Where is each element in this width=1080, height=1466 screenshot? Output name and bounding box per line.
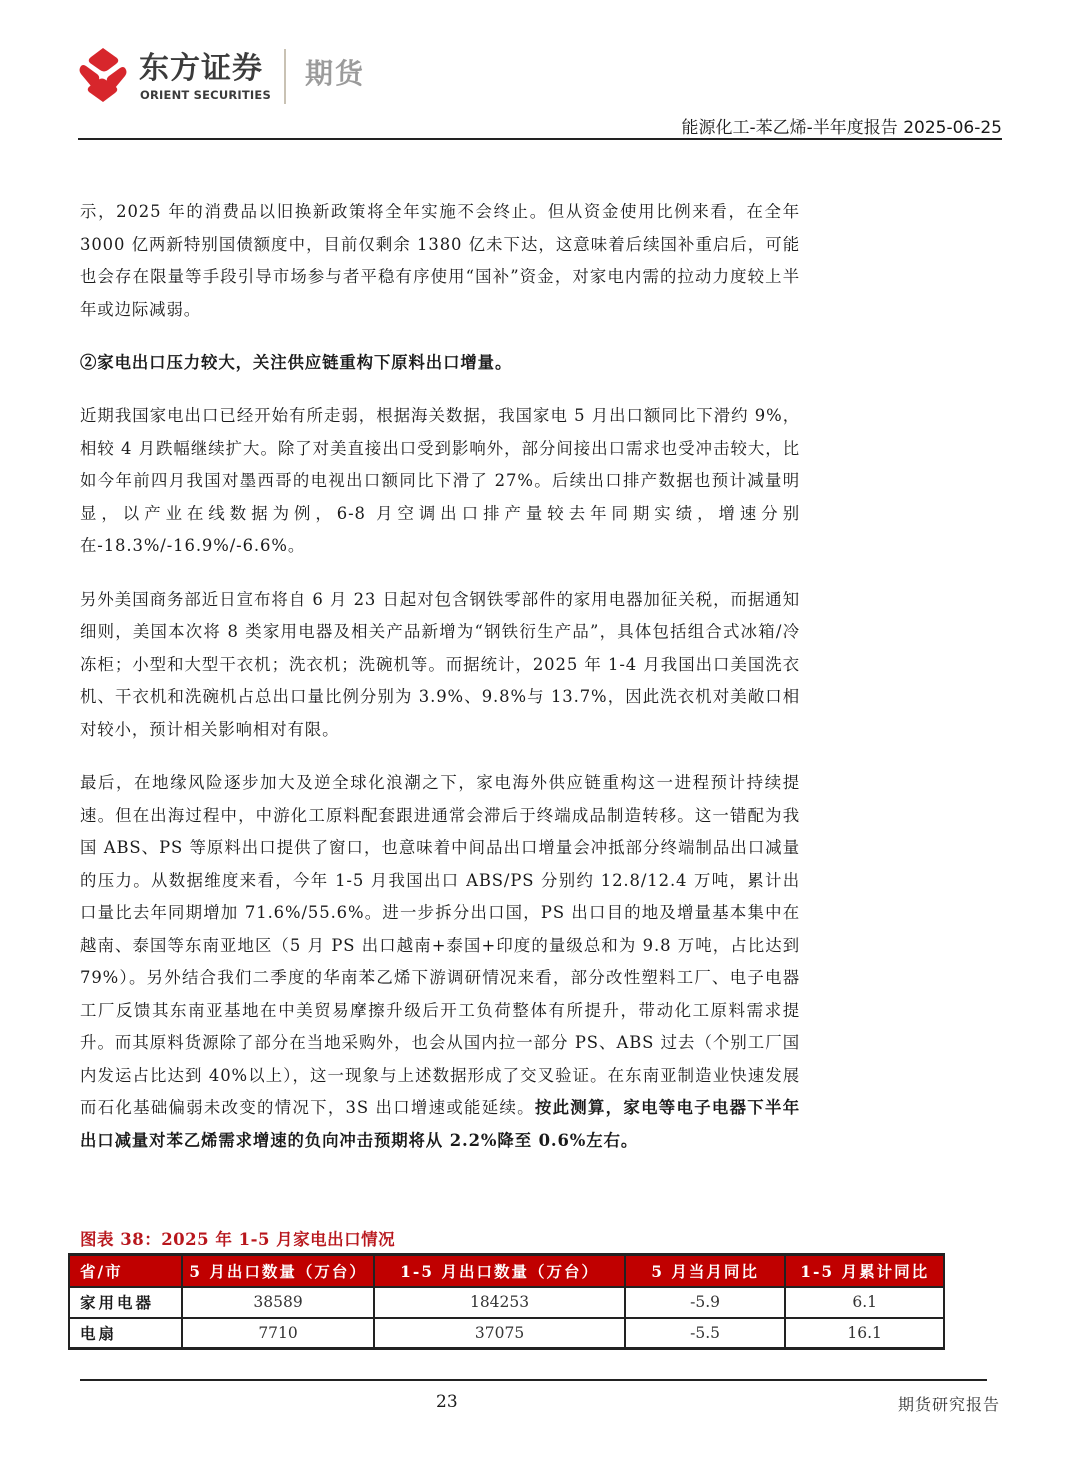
column-header: 1-5 月出口数量（万台） <box>374 1255 624 1287</box>
logo-divider <box>284 49 286 104</box>
logo-division: 期货 <box>305 52 365 92</box>
paragraph-us-tariff: 另外美国商务部近日宣布将自 6 月 23 日起对包含钢铁零部件的家用电器加征关税… <box>80 584 800 747</box>
orient-securities-logo-icon <box>77 46 129 104</box>
table-cell: -5.5 <box>625 1318 786 1349</box>
column-header: 省/市 <box>69 1255 182 1287</box>
page-header: 东方证券 ORIENT SECURITIES 期货 能源化工-苯乙烯-半年度报告… <box>0 0 1080 140</box>
column-header: 5 月当月同比 <box>625 1255 786 1287</box>
table-cell: -5.9 <box>625 1287 786 1318</box>
report-title: 能源化工-苯乙烯-半年度报告 2025-06-25 <box>682 113 1002 138</box>
table-cell: 家用电器 <box>69 1287 182 1318</box>
table-row: 电扇 7710 37075 -5.5 16.1 <box>69 1318 944 1349</box>
logo-english-name: ORIENT SECURITIES <box>140 88 271 102</box>
logo-chinese-name: 东方证券 <box>139 52 263 86</box>
paragraph-supply-chain-text: 最后，在地缘风险逐步加大及逆全球化浪潮之下，家电海外供应链重构这一进程预计持续提… <box>80 773 800 1117</box>
page-number: 23 <box>436 1392 458 1412</box>
table-cell: 37075 <box>374 1318 624 1349</box>
table-row: 家用电器 38589 184253 -5.9 6.1 <box>69 1287 944 1318</box>
table-cell: 6.1 <box>785 1287 944 1318</box>
table-cell: 16.1 <box>785 1318 944 1349</box>
table-cell: 184253 <box>374 1287 624 1318</box>
column-header: 5 月出口数量（万台） <box>182 1255 375 1287</box>
paragraph-subsidy-policy: 示，2025 年的消费品以旧换新政策将全年实施不会终止。但从资金使用比例来看，在… <box>80 196 800 326</box>
paragraph-supply-chain: 最后，在地缘风险逐步加大及逆全球化浪潮之下，家电海外供应链重构这一进程预计持续提… <box>80 767 800 1157</box>
appliance-export-table: 省/市 5 月出口数量（万台） 1-5 月出口数量（万台） 5 月当月同比 1-… <box>68 1253 945 1350</box>
table-cell: 电扇 <box>69 1318 182 1349</box>
table-header-row: 省/市 5 月出口数量（万台） 1-5 月出口数量（万台） 5 月当月同比 1-… <box>69 1255 944 1287</box>
column-header: 1-5 月累计同比 <box>785 1255 944 1287</box>
footer-label: 期货研究报告 <box>898 1392 1000 1415</box>
paragraph-export-weakness: 近期我国家电出口已经开始有所走弱，根据海关数据，我国家电 5 月出口额同比下滑约… <box>80 400 800 563</box>
header-divider <box>78 138 1002 140</box>
section-subheading: ②家电出口压力较大，关注供应链重构下原料出口增量。 <box>80 347 800 379</box>
report-body: 示，2025 年的消费品以旧换新政策将全年实施不会终止。但从资金使用比例来看，在… <box>80 196 800 1178</box>
table-cell: 7710 <box>182 1318 375 1349</box>
table-cell: 38589 <box>182 1287 375 1318</box>
figure-title: 图表 38：2025 年 1-5 月家电出口情况 <box>80 1226 395 1250</box>
footer-divider <box>80 1379 987 1381</box>
